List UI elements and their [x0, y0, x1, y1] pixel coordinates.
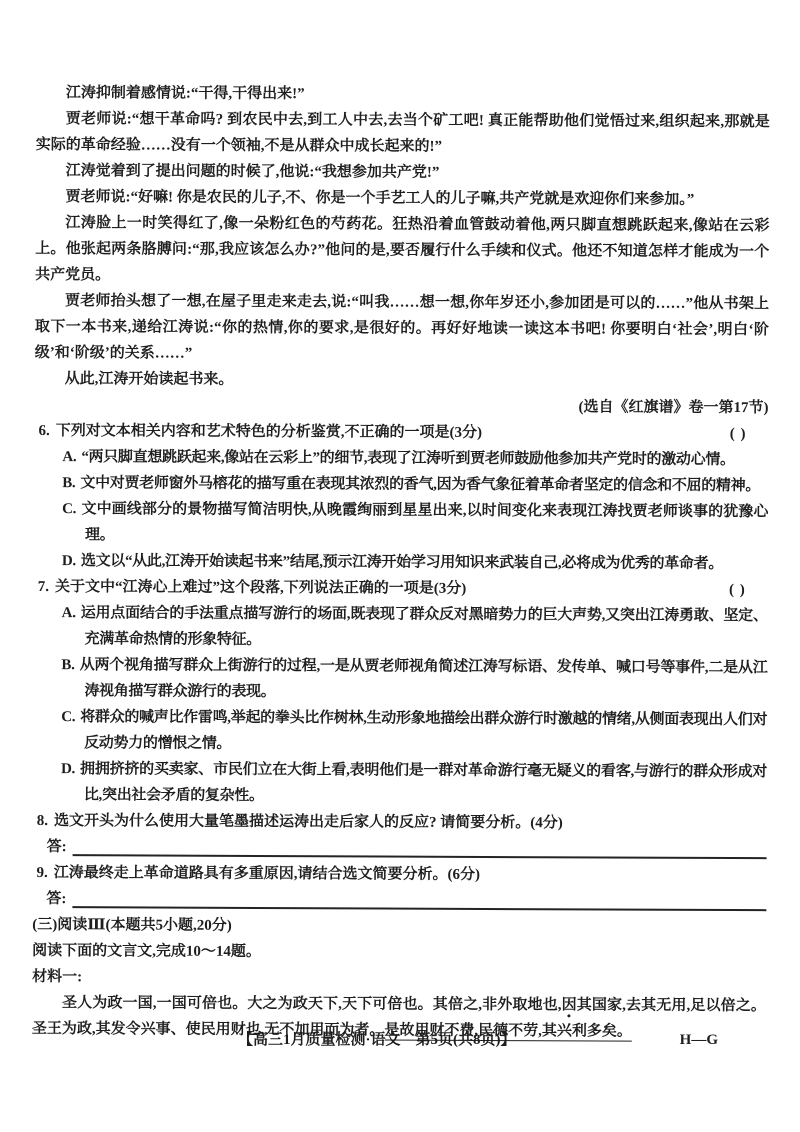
option-text: 将群众的喊声比作雷鸣,举起的拳头比作树林,生动形象地描绘出群众游行时激越的情绪,…: [80, 709, 767, 752]
question-6-option-a: A.“两只脚直想跳跃起来,像站在云彩上”的细节,表现了江涛听到贾老师鼓励他参加共…: [62, 444, 768, 473]
question-9-answer-row: 答:: [46, 886, 766, 915]
question-7-option-c: C.将群众的喊声比作雷鸣,举起的拳头比作树林,生动形象地描绘出群众游行时激越的情…: [61, 704, 767, 759]
answer-label: 答:: [46, 886, 66, 912]
question-8-stem-text: 选文开头为什么使用大量笔墨描述运涛出走后家人的反应? 请简要分析。(4分): [54, 813, 563, 831]
option-text: 从两个视角描写群众上街游行的过程,一是从贾老师视角简述江涛写标语、发传单、喊口号…: [80, 657, 768, 700]
question-6-text: 6.下列对文本相关内容和艺术特色的分析鉴赏,不正确的一项是(3分): [38, 418, 482, 446]
option-label: C.: [62, 501, 76, 517]
section-3-intro: 阅读下面的文言文,完成10～14题。: [32, 938, 766, 967]
passage-paragraph-2: 贾老师说:“想干革命吗? 到农民中去,到工人中去,去当个矿工吧! 真正能帮助他们…: [36, 106, 770, 161]
footer-exam-title: 【高三1月质量检测·语文 第5页(共8页)】: [238, 1028, 516, 1052]
passage-paragraph-5: 江涛脸上一时笑得红了,像一朵粉红色的芍药花。狂热沿着血管鼓动着他,两只脚直想跳跃…: [35, 210, 769, 291]
passage-paragraph-6: 贾老师抬头想了一想,在屋子里走来走去,说:“叫我……想一想,你年岁还小,参加团是…: [35, 288, 769, 369]
question-6-stem: 6.下列对文本相关内容和艺术特色的分析鉴赏,不正确的一项是(3分) ( ): [38, 418, 768, 447]
question-9-text: 9.江涛最终走上革命道路具有多重原因,请结合选文简要分析。(6分): [36, 860, 480, 888]
option-label: A.: [62, 605, 76, 621]
page-content: 江涛抑制着感情说:“干得,干得出来!” 贾老师说:“想干革命吗? 到农民中去,到…: [32, 80, 770, 1045]
question-7-stem-text: 关于文中“江涛心上难过”这个段落,下列说法正确的一项是(3分): [55, 579, 466, 597]
question-7-number: 7.: [38, 579, 49, 595]
option-label: D.: [61, 761, 75, 777]
option-text: 文中对贾老师窗外马榕花的描写重在表现其浓烈的香气,因为香气象征着革命者坚定的信念…: [80, 475, 760, 494]
passage-paragraph-7: 从此,江涛开始读起书来。: [35, 366, 769, 395]
question-6-option-d: D.选文以“从此,江涛开始读起书来”结尾,预示江涛开始学习用知识来武装自己,必将…: [62, 548, 768, 577]
question-9-stem-text: 江涛最终走上革命道路具有多重原因,请结合选文简要分析。(6分): [54, 865, 480, 883]
question-7-option-d: D.拥拥挤挤的买卖家、市民们立在大街上看,表明他们是一群对革命游行毫无疑义的看客…: [61, 756, 767, 811]
option-text: “两只脚直想跳跃起来,像站在云彩上”的细节,表现了江涛听到贾老师鼓励他参加共产党…: [81, 449, 734, 468]
option-text: 拥拥挤挤的买卖家、市民们立在大街上看,表明他们是一群对革命游行毫无疑义的看客,与…: [80, 761, 767, 804]
option-label: A.: [62, 449, 76, 465]
question-7-option-a: A.运用点面结合的手法重点描写游行的场面,既表现了群众反对黑暗势力的巨大声势,又…: [62, 600, 768, 655]
section-3-heading: (三)阅读Ⅲ(本题共5小题,20分): [32, 912, 766, 941]
answer-blank-line: [73, 834, 767, 859]
question-7-answer-bracket: ( ): [729, 577, 746, 603]
question-6-answer-bracket: ( ): [730, 421, 747, 447]
question-9-stem: 9.江涛最终走上革命道路具有多重原因,请结合选文简要分析。(6分): [36, 860, 766, 889]
classical-emphasized-char: 因: [561, 997, 576, 1013]
question-8-number: 8.: [37, 813, 48, 829]
answer-label: 答:: [47, 834, 67, 860]
question-8-stem: 8.选文开头为什么使用大量笔墨描述运涛出走后家人的反应? 请简要分析。(4分): [37, 808, 767, 837]
page-footer: 【高三1月质量检测·语文 第5页(共8页)】 H—G: [238, 1028, 718, 1052]
footer-code: H—G: [680, 1028, 718, 1052]
question-7-text: 7.关于文中“江涛心上难过”这个段落,下列说法正确的一项是(3分): [38, 574, 467, 602]
material-1-label: 材料一:: [32, 964, 766, 993]
option-text: 文中画线部分的景物描写简洁明快,从晚霞绚丽到星星出来,以时间变化来表现江涛找贾老…: [81, 501, 768, 543]
question-6-number: 6.: [38, 423, 49, 439]
question-8-answer-row: 答:: [47, 834, 767, 863]
option-text: 选文以“从此,江涛开始读起书来”结尾,预示江涛开始学习用知识来武装自己,必将成为…: [81, 553, 723, 572]
passage-paragraph-1: 江涛抑制着感情说:“干得,干得出来!”: [36, 80, 770, 109]
question-9-number: 9.: [37, 865, 48, 881]
question-8-text: 8.选文开头为什么使用大量笔墨描述运涛出走后家人的反应? 请简要分析。(4分): [37, 808, 563, 836]
answer-blank-line: [72, 886, 766, 911]
question-7-stem: 7.关于文中“江涛心上难过”这个段落,下列说法正确的一项是(3分) ( ): [38, 574, 768, 603]
question-6-option-b: B.文中对贾老师窗外马榕花的描写重在表现其浓烈的香气,因为香气象征着革命者坚定的…: [62, 470, 768, 499]
option-label: D.: [62, 553, 76, 569]
passage-source: (选自《红旗谱》卷一第17节): [35, 392, 769, 421]
option-label: B.: [61, 657, 74, 673]
passage-paragraph-4: 贾老师说:“好嘛! 你是农民的儿子,不、你是一个手艺工人的儿子嘛,共产党就是欢迎…: [35, 184, 769, 213]
passage-paragraph-3: 江涛觉着到了提出问题的时候了,他说:“我想参加共产党!”: [36, 158, 770, 187]
question-7-option-b: B.从两个视角描写群众上街游行的过程,一是从贾老师视角简述江涛写标语、发传单、喊…: [61, 652, 767, 707]
classical-part-1: 圣人为政一国,一国可倍也。大之为政天下,天下可倍也。其倍之,非外取地也,: [62, 995, 562, 1013]
option-label: C.: [61, 709, 75, 725]
option-text: 运用点面结合的手法重点描写游行的场面,既表现了群众反对黑暗势力的巨大声势,又突出…: [81, 605, 768, 648]
option-label: B.: [62, 475, 75, 491]
question-6-option-c: C.文中画线部分的景物描写简洁明快,从晚霞绚丽到星星出来,以时间变化来表现江涛找…: [62, 496, 768, 551]
exam-page: 江涛抑制着感情说:“干得,干得出来!” 贾老师说:“想干革命吗? 到农民中去,到…: [0, 0, 800, 1132]
question-6-stem-text: 下列对文本相关内容和艺术特色的分析鉴赏,不正确的一项是(3分): [56, 423, 482, 441]
